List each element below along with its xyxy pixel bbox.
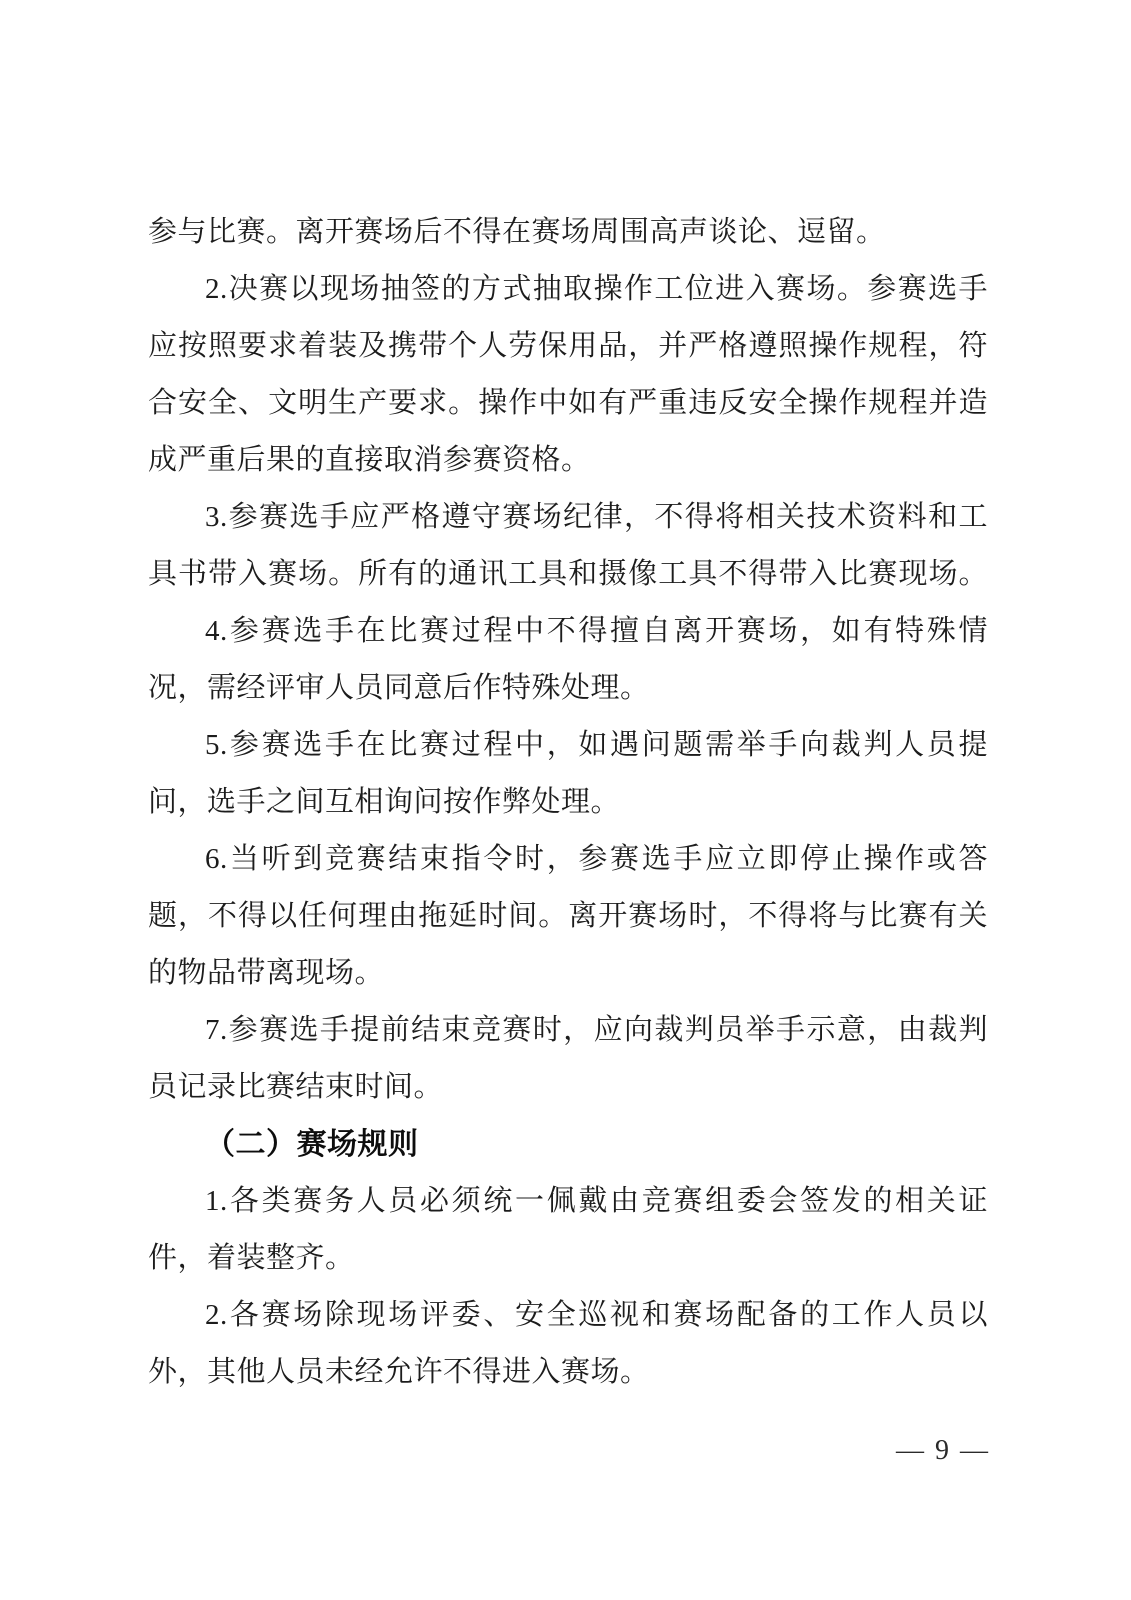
- text-line: 外，其他人员未经允许不得进入赛场。: [148, 1344, 988, 1401]
- text-line: 题，不得以任何理由拖延时间。离开赛场时，不得将与比赛有关: [148, 888, 988, 945]
- page-number: — 9 —: [896, 1428, 990, 1474]
- body-text: 参与比赛。离开赛场后不得在赛场周围高声谈论、逗留。2.决赛以现场抽签的方式抽取操…: [148, 204, 988, 1401]
- text-line: 员记录比赛结束时间。: [148, 1059, 988, 1116]
- text-line: 3.参赛选手应严格遵守赛场纪律，不得将相关技术资料和工: [148, 489, 988, 546]
- section-heading: （二）赛场规则: [148, 1116, 988, 1173]
- text-line: 6.当听到竞赛结束指令时，参赛选手应立即停止操作或答: [148, 831, 988, 888]
- text-line: 的物品带离现场。: [148, 945, 988, 1002]
- text-line: 5.参赛选手在比赛过程中，如遇问题需举手向裁判人员提: [148, 717, 988, 774]
- text-line: 1.各类赛务人员必须统一佩戴由竞赛组委会签发的相关证: [148, 1173, 988, 1230]
- text-line: 具书带入赛场。所有的通讯工具和摄像工具不得带入比赛现场。: [148, 546, 988, 603]
- text-line: 7.参赛选手提前结束竞赛时，应向裁判员举手示意，由裁判: [148, 1002, 988, 1059]
- text-line: 问，选手之间互相询问按作弊处理。: [148, 774, 988, 831]
- document-page: 参与比赛。离开赛场后不得在赛场周围高声谈论、逗留。2.决赛以现场抽签的方式抽取操…: [0, 0, 1131, 1600]
- text-line: 应按照要求着装及携带个人劳保用品，并严格遵照操作规程，符: [148, 318, 988, 375]
- text-line: 2.决赛以现场抽签的方式抽取操作工位进入赛场。参赛选手: [148, 261, 988, 318]
- text-line: 成严重后果的直接取消参赛资格。: [148, 432, 988, 489]
- text-line: 件，着装整齐。: [148, 1230, 988, 1287]
- text-line: 参与比赛。离开赛场后不得在赛场周围高声谈论、逗留。: [148, 204, 988, 261]
- text-line: 合安全、文明生产要求。操作中如有严重违反安全操作规程并造: [148, 375, 988, 432]
- text-line: 2.各赛场除现场评委、安全巡视和赛场配备的工作人员以: [148, 1287, 988, 1344]
- text-line: 况，需经评审人员同意后作特殊处理。: [148, 660, 988, 717]
- page-number-text: — 9 —: [896, 1435, 990, 1466]
- text-line: 4.参赛选手在比赛过程中不得擅自离开赛场，如有特殊情: [148, 603, 988, 660]
